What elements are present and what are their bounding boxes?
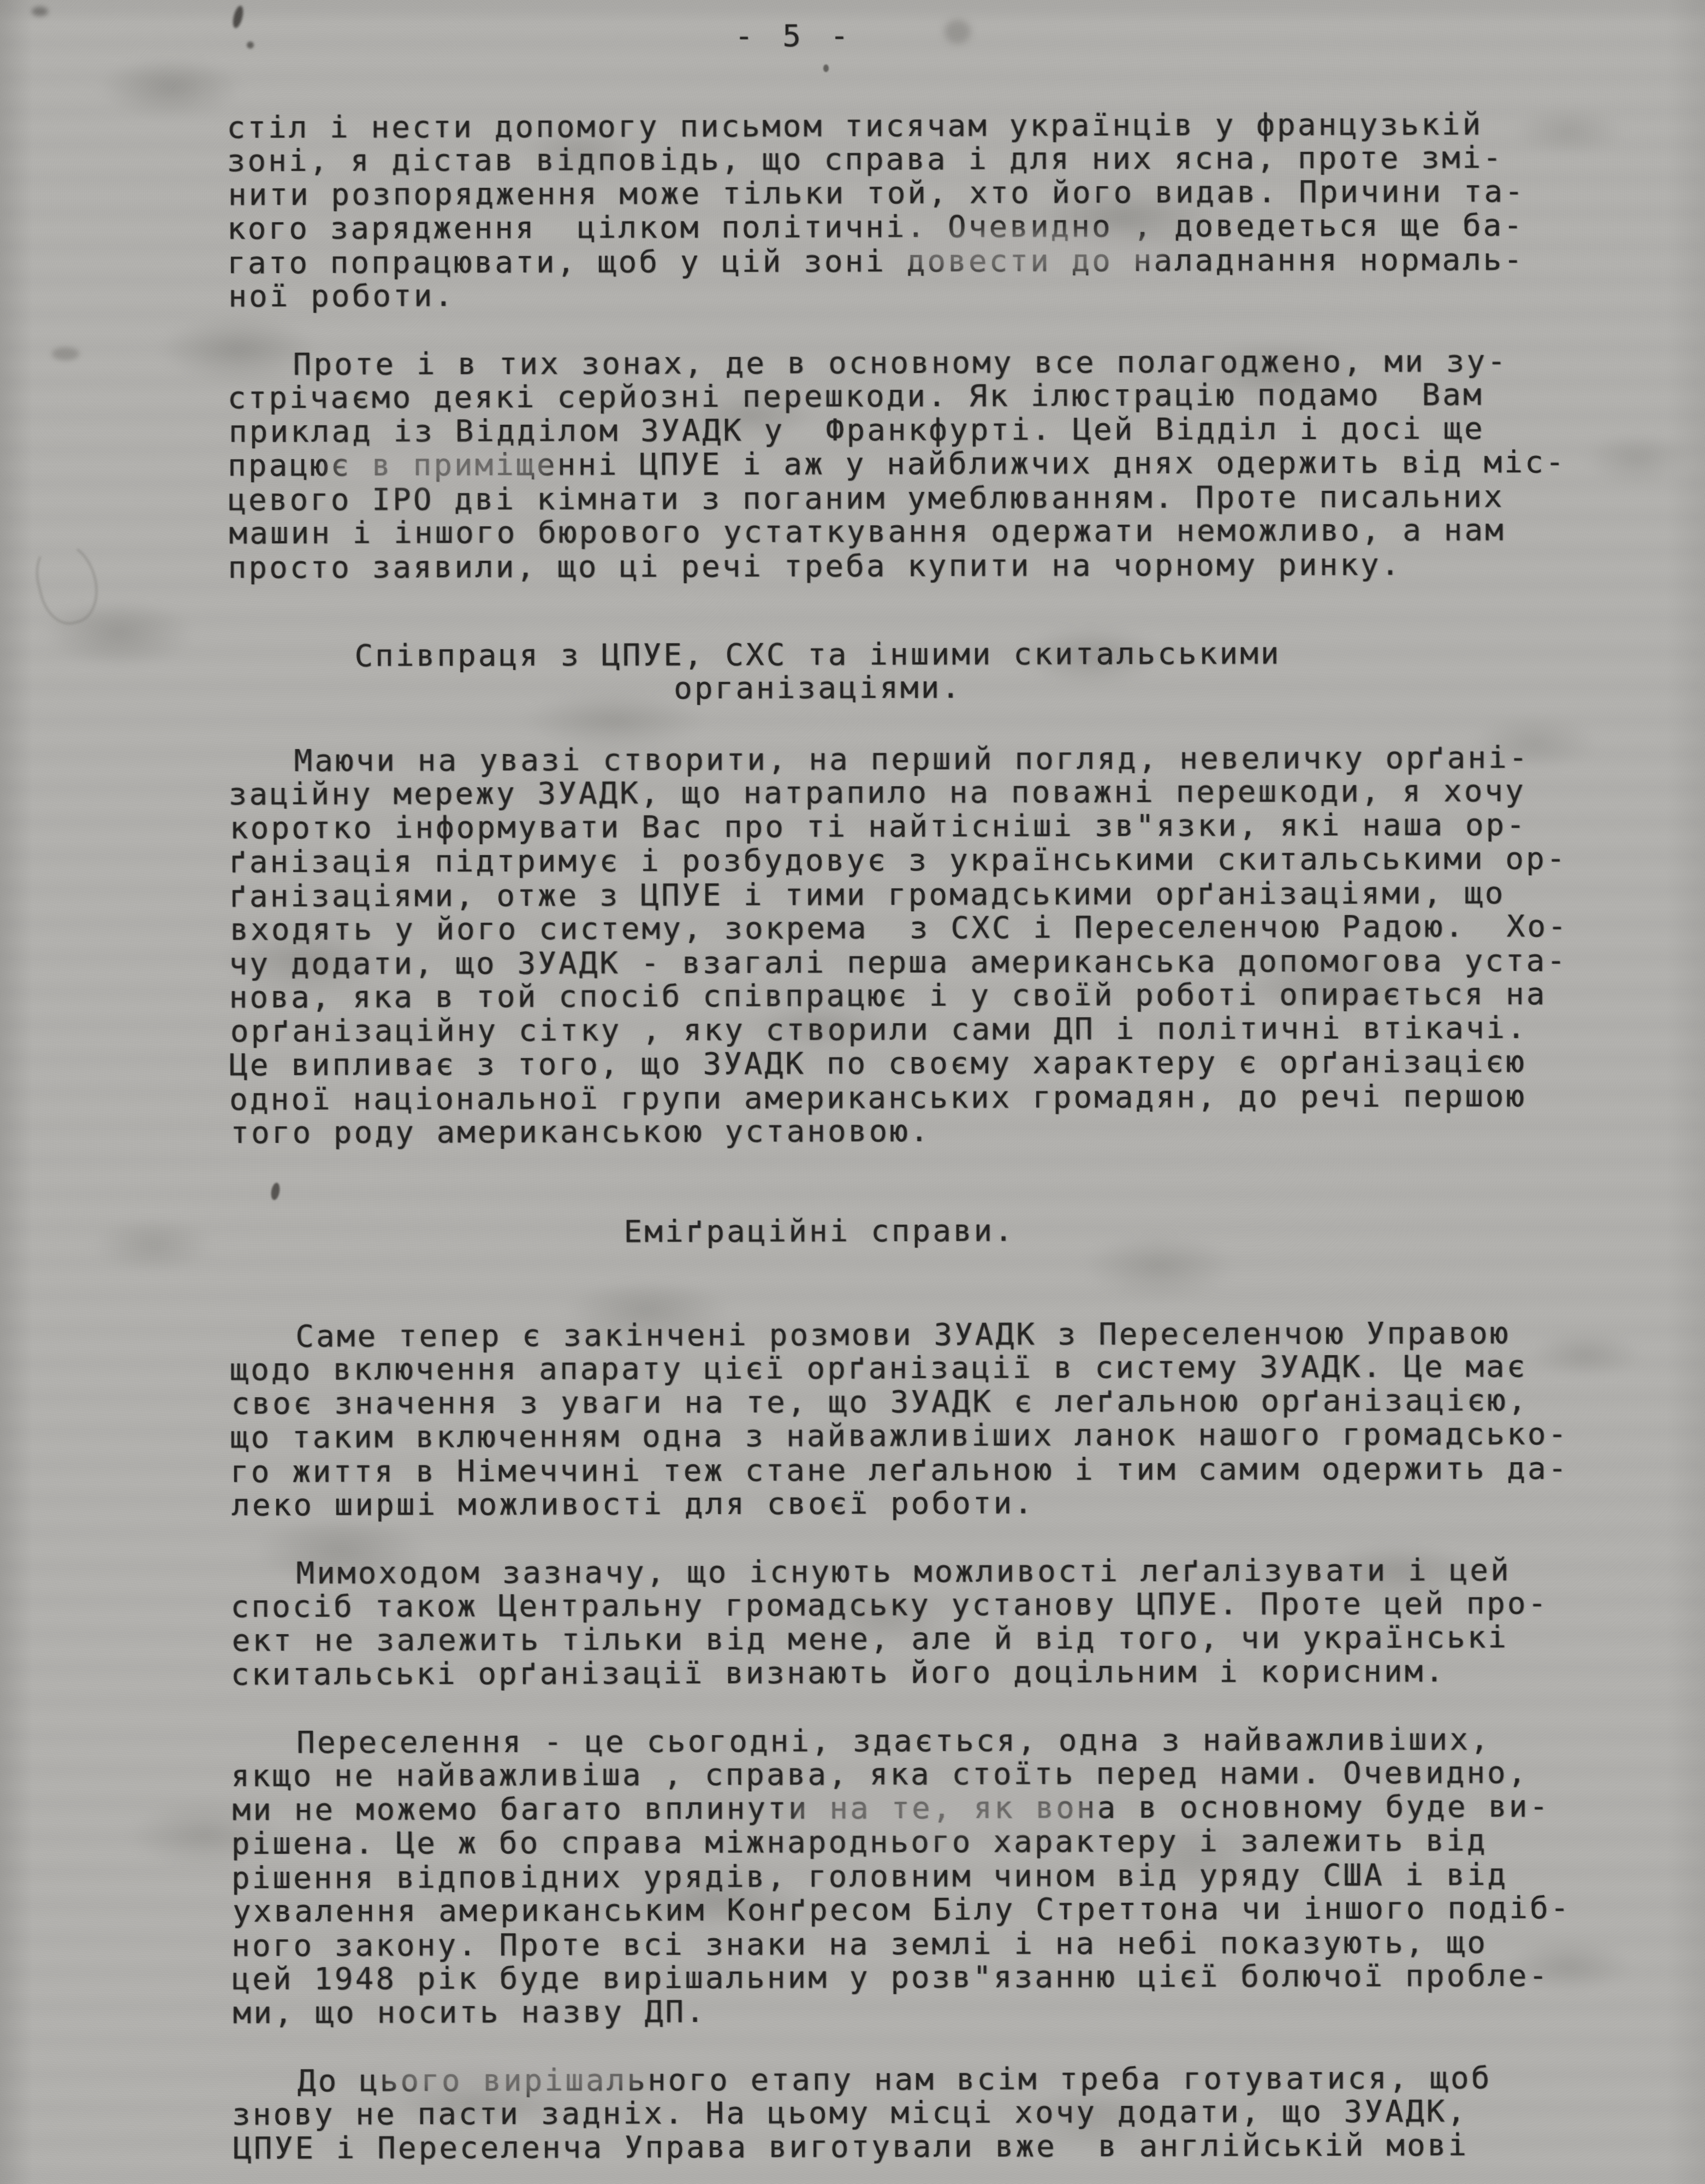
text-line: ної роботи. (228, 276, 1593, 314)
page-number-block: - 5 - (227, 17, 1591, 55)
scanned-document-page: - 5 - стіл і нести допомогу письмом тися… (0, 0, 1705, 2184)
page-number: - 5 - (227, 18, 1362, 55)
text-line: го життя в Німеччині теж стане леґальною… (230, 1452, 1595, 1489)
text-line: якщо не найважливіша , справа, яка стоїт… (231, 1756, 1596, 1794)
text-line: того роду американською установою. (230, 1113, 1595, 1150)
text-line: стрічаємо деякі серйозні перешкоди. Як і… (228, 378, 1593, 416)
text-line: рішення відповідних урядів, головним чин… (231, 1858, 1596, 1896)
text-line: кого зарядження цілком політичні. Очевид… (227, 209, 1592, 246)
text-line: орґанізаційну сітку , яку створили сами … (230, 1011, 1595, 1049)
smudge-blob (52, 347, 79, 360)
text-line: Проте і в тих зонах, де в основному все … (227, 345, 1592, 382)
heading-line: Еміґраційні справи. (230, 1213, 1409, 1250)
text-line: леко ширші можливості для своєї роботи. (231, 1485, 1596, 1523)
text-line: ґанізаціями, отже з ЦПУЕ і тими громадсь… (229, 876, 1594, 914)
text-line: ми, що носить назву ДП. (233, 1993, 1597, 2031)
text-line: щодо включення апарату цієї орґанізації … (230, 1350, 1595, 1387)
heading-line: Співпраця з ЦПУЕ, СХС та іншими скитальс… (228, 637, 1407, 674)
text-line: ного закону. Проте всі знаки на землі і … (231, 1926, 1596, 1963)
text-line: чу додати, що ЗУАДК - взагалі перша амер… (229, 944, 1594, 982)
text-line: цевого ІРО дві кімнати з поганим умеблюв… (228, 480, 1593, 518)
text-line: цей 1948 рік буде вирішальним у розв"яза… (231, 1959, 1596, 1997)
paragraph-4: Саме тепер є закінчені розмови ЗУАДК з П… (230, 1316, 1595, 1523)
text-line: До цього вирішального етапу нам всім тре… (232, 2061, 1597, 2099)
paragraph-7: До цього вирішального етапу нам всім тре… (232, 2061, 1597, 2166)
text-line: Мимоходом зазначу, що існують можливості… (230, 1553, 1595, 1591)
text-line: ми не можемо багато вплинути на те, як в… (232, 1790, 1597, 1827)
text-line: що таким включенням одна з найважливіших… (230, 1417, 1595, 1455)
paragraph-1: стіл і нести допомогу письмом тисячам ук… (227, 107, 1592, 314)
heading-line: організаціями. (228, 670, 1407, 707)
text-line: ЦПУЕ і Переселенча Управа виготували вже… (233, 2128, 1598, 2166)
text-line: нити розпорядження може тільки той, хто … (228, 175, 1593, 212)
text-line: стіл і нести допомогу письмом тисячам ук… (227, 108, 1591, 145)
text-line: входять у його систему, зокрема з СХС і … (230, 910, 1595, 947)
text-line: скитальські орґанізації визнають його до… (231, 1654, 1596, 1692)
text-line: Переселення - це сьогодні, здається, одн… (231, 1723, 1596, 1760)
text-line: спосіб також Центральну громадську устан… (230, 1587, 1595, 1624)
text-line: знову не пасти задніх. На цьому місці хо… (232, 2094, 1597, 2132)
text-line: машин і іншого бюрового устаткування оде… (229, 513, 1594, 551)
section-heading-cooperation: Співпраця з ЦПУЕ, СХС та іншими скитальс… (228, 636, 1593, 707)
text-line: заційну мережу ЗУАДК, що натрапило на по… (229, 774, 1594, 812)
text-line: приклад із Відділом ЗУАДК у Франкфурті. … (229, 412, 1594, 449)
text-line: зоні, я дістав відповідь, що справа і дл… (227, 141, 1592, 179)
text-line: Маючи на увазі створити, на перший погля… (228, 741, 1593, 779)
text-column: - 5 - стіл і нести допомогу письмом тися… (227, 0, 1597, 2165)
text-line: ґанізація підтримує і розбудовує з украї… (229, 842, 1594, 880)
ink-speck (32, 7, 48, 16)
text-line: своє значення з уваги на те, що ЗУАДК є … (231, 1384, 1596, 1421)
text-line: ект не залежить тільки від мене, але й в… (232, 1621, 1597, 1658)
paragraph-2: Проте і в тих зонах, де в основному все … (227, 344, 1593, 585)
text-line: одної національної групи американських г… (229, 1079, 1594, 1117)
text-line: працює в приміщенні ЦПУЕ і аж у найближч… (228, 446, 1593, 483)
text-line: просто заявили, що ці речі треба купити … (228, 548, 1593, 585)
text-line: рішена. Це ж бо справа міжнароднього хар… (231, 1824, 1596, 1861)
text-line: ухвалення американським Конґресом Білу С… (233, 1891, 1597, 1929)
text-line: Саме тепер є закінчені розмови ЗУАДК з П… (230, 1316, 1595, 1354)
paragraph-5: Мимоходом зазначу, що існують можливості… (230, 1553, 1596, 1692)
text-line: нова, яка в той спосіб співпрацює і у св… (229, 977, 1594, 1015)
section-heading-emigration: Еміґраційні справи. (230, 1212, 1595, 1250)
text-line: Це випливає з того, що ЗУАДК по своєму х… (229, 1045, 1594, 1083)
paragraph-6: Переселення - це сьогодні, здається, одн… (231, 1722, 1596, 2031)
ring-mark (29, 536, 105, 630)
text-line: коротко інформувати Вас про ті найтісніш… (230, 808, 1595, 846)
text-line: гато попрацювати, щоб у цій зоні довести… (227, 243, 1592, 281)
paragraph-3: Маючи на увазі створити, на перший погля… (228, 740, 1594, 1150)
